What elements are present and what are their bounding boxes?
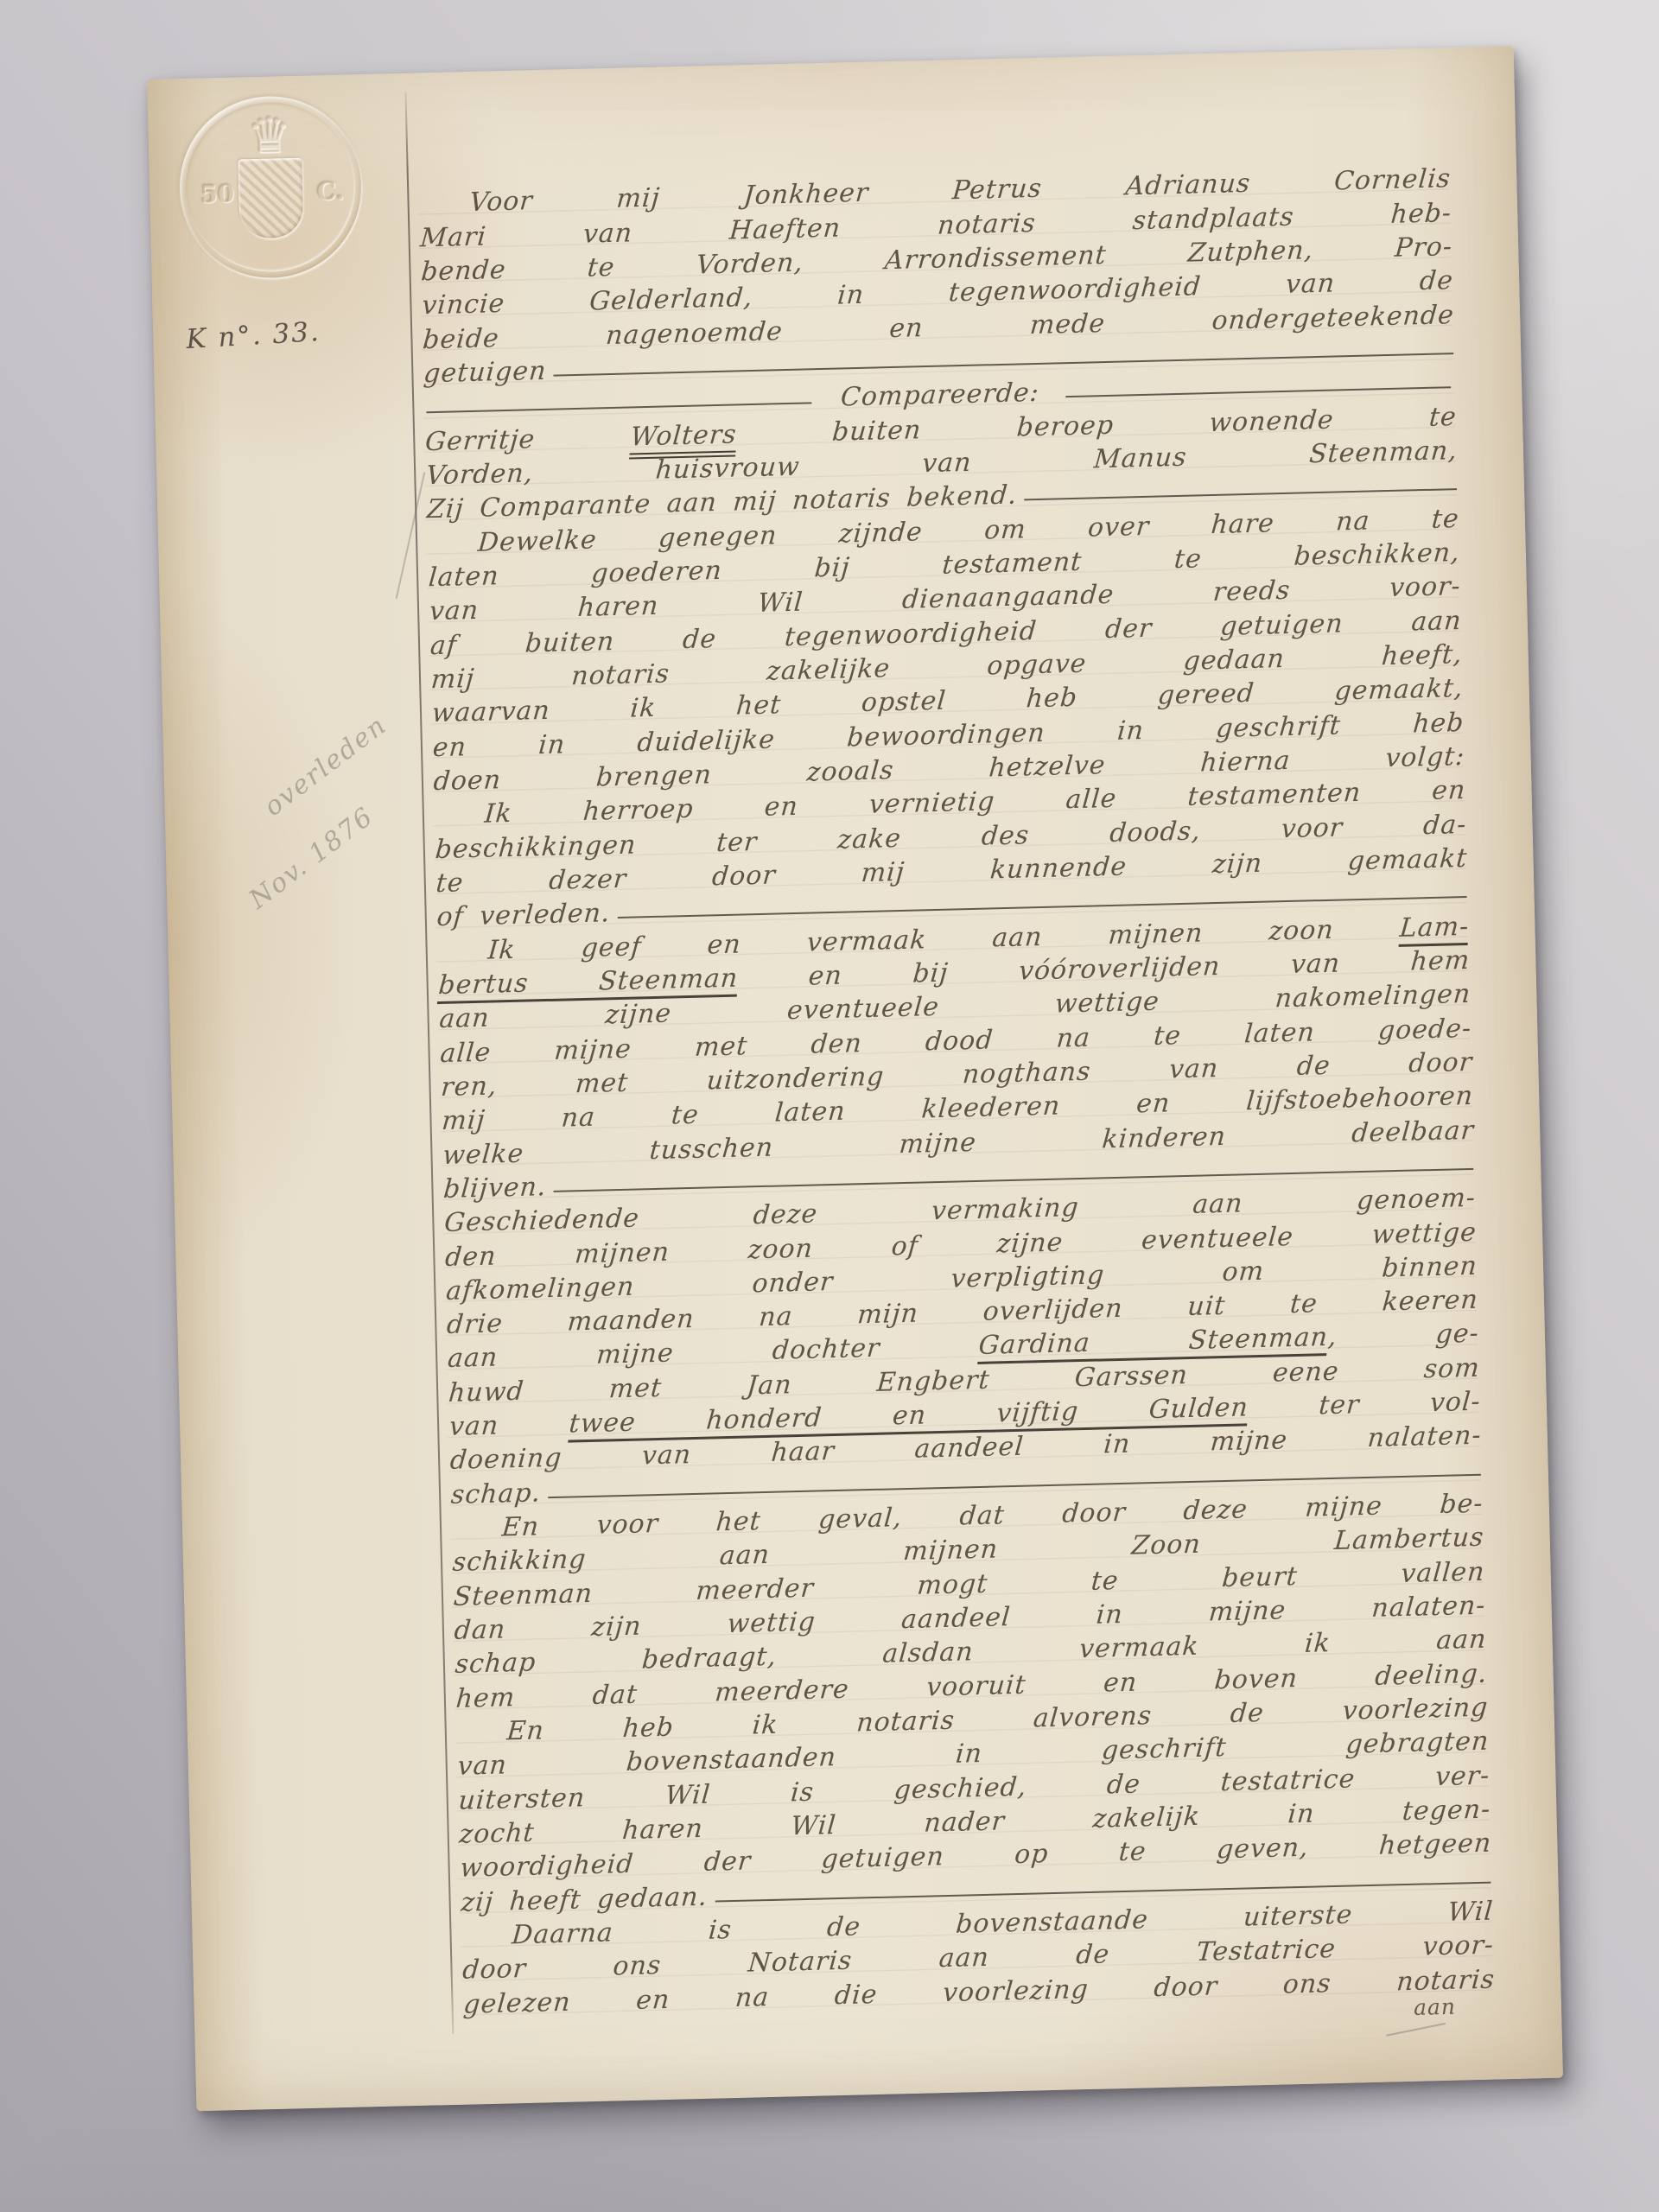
manuscript-line-text: Compareerde: bbox=[816, 377, 1065, 413]
phrase: Compareerde: bbox=[840, 378, 1041, 413]
catchword-flourish bbox=[1386, 2023, 1446, 2037]
ink-rule bbox=[1025, 488, 1458, 500]
phrase: blijven. bbox=[442, 1172, 548, 1205]
manuscript-line-text: schap. bbox=[450, 1478, 543, 1510]
seal-shield-icon bbox=[238, 158, 303, 239]
catchword: aan bbox=[1344, 1994, 1457, 2032]
pencil-note-line2: Nov. 1876 bbox=[244, 801, 379, 915]
phrase: of verleden. bbox=[435, 898, 612, 932]
seal-value-right: C. bbox=[316, 176, 344, 206]
manuscript-line-text: blijven. bbox=[442, 1172, 548, 1205]
pencil-note-line1: overleden bbox=[258, 710, 392, 823]
manuscript-text-column: Voor mij Jonkheer Petrus Adrianus Cornel… bbox=[417, 160, 1494, 2019]
pencil-stroke bbox=[396, 472, 426, 599]
phrase: Gerritje bbox=[424, 422, 632, 457]
phrase: zij heeft gedaan. bbox=[460, 1881, 709, 1917]
phrase: getuigen bbox=[423, 356, 548, 390]
catchword-text: aan bbox=[1414, 1994, 1457, 2020]
seal-value-left: 50 bbox=[200, 180, 235, 209]
phrase: van bbox=[448, 1409, 570, 1442]
phrase: , ge- bbox=[1327, 1319, 1481, 1352]
paper-sheet: ♛ 50 C. K n°. 33. overleden Nov. 1876 Vo… bbox=[147, 46, 1563, 2111]
manuscript-line-text: of verleden. bbox=[435, 898, 612, 932]
folio-number-note: K n°. 33. bbox=[185, 312, 394, 355]
phrase: ter vol- bbox=[1247, 1387, 1482, 1423]
manuscript-line-text: getuigen bbox=[423, 356, 548, 390]
phrase: schap. bbox=[450, 1478, 543, 1510]
seal-crown-icon: ♛ bbox=[247, 111, 292, 161]
embossed-revenue-stamp: ♛ 50 C. bbox=[178, 94, 364, 280]
ink-rule bbox=[1065, 387, 1451, 398]
underlined-phrase: Lam- bbox=[1398, 911, 1471, 946]
ink-rule bbox=[426, 403, 811, 414]
manuscript-line-text: zij heeft gedaan. bbox=[460, 1881, 709, 1917]
